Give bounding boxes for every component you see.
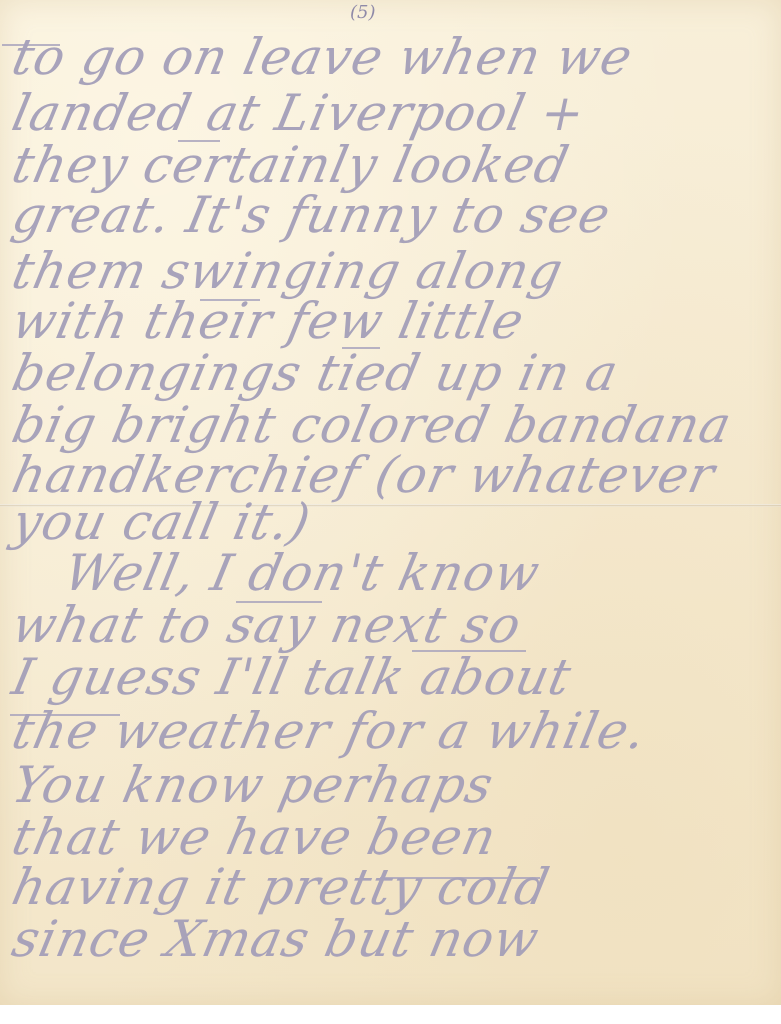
letter-line-8: big bright colored bandana [8, 400, 736, 450]
pen-stroke [380, 877, 540, 879]
pen-stroke [178, 140, 220, 142]
letter-line-10: you call it.) [8, 497, 315, 547]
letter-line-15: You know perhaps [8, 760, 498, 810]
letter-line-11: Well, I don't know [60, 548, 544, 598]
pen-stroke [10, 714, 120, 716]
letter-line-6: with their few little [8, 296, 529, 346]
letter-line-13: I guess I'll talk about [8, 652, 576, 702]
letter-line-16: that we have been [8, 812, 501, 862]
letter-line-12: what to say next so [8, 600, 526, 650]
letter-line-7: belongings tied up in a [8, 348, 623, 398]
page-number: (5) [350, 2, 376, 23]
pen-stroke [236, 601, 322, 603]
letter-line-5: them swinging along [8, 246, 568, 296]
letter-line-1: to go on leave when we [8, 32, 637, 82]
pen-stroke [200, 299, 260, 301]
pen-stroke [2, 44, 60, 46]
pen-stroke [342, 347, 380, 349]
pen-stroke [412, 650, 526, 652]
letter-line-4: great. It's funny to see [8, 190, 615, 240]
letter-line-2: landed at Liverpool + [8, 88, 590, 138]
letter-line-17: having it pretty cold [8, 862, 554, 912]
letter-page: (5) to go on leave when we landed at Liv… [0, 0, 781, 1005]
letter-line-18: since Xmas but now [8, 914, 544, 964]
letter-line-3: they certainly looked [8, 140, 573, 190]
